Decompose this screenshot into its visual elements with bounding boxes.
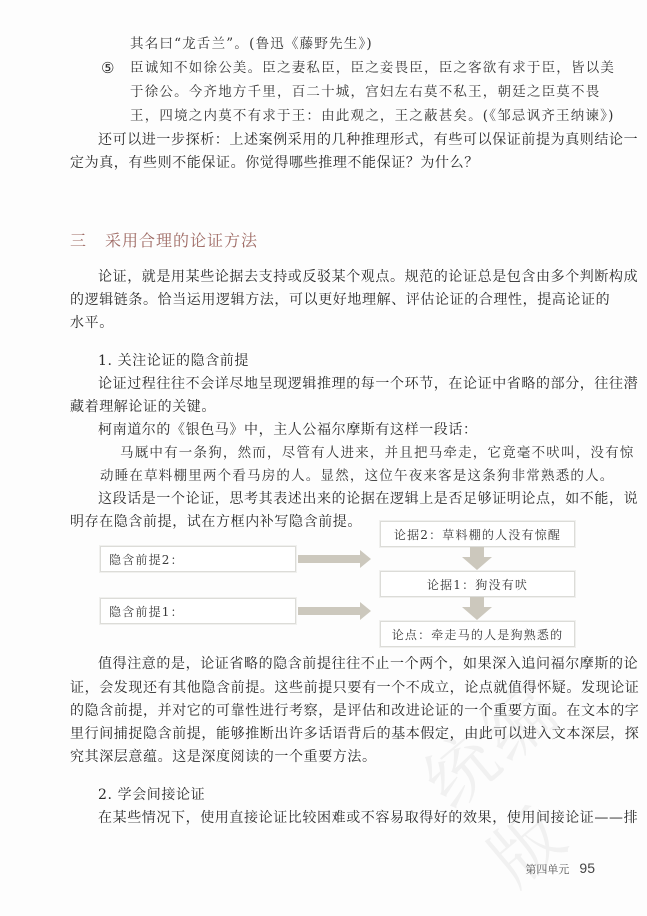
paragraph-line: 值得注意的是，论证省略的隐含前提往往不止一个两个，如果深入追问福尔摩斯的论 (98, 653, 628, 675)
paragraph-line: 究其深层意蕴。这是深度阅读的一个重要方法。 (70, 746, 600, 768)
thesis-label: 论点：牵走马的人是狗熟悉的 (392, 626, 564, 643)
hidden-premise-1-box[interactable]: 隐含前提1： (100, 598, 296, 624)
paragraph-line: 证，会发现还有其他隐含前提。这些前提只要有一个不成立，论点就值得怀疑。发现论证 (70, 677, 600, 699)
down-arrow-icon (462, 557, 492, 570)
quote-line: 其名曰“龙舌兰”。(鲁迅《藤野先生》) (130, 33, 647, 55)
hidden-premise-1-label: 隐含前提1： (109, 603, 184, 620)
section-title: 采用合理的论证方法 (105, 231, 258, 250)
evidence-2-box: 论据2：草料棚的人没有惊醒 (380, 521, 575, 547)
paragraph-line: 这段话是一个论证，思考其表述出来的论据在逻辑上是否足够证明论点，如不能，说 (98, 488, 628, 510)
right-arrow-icon (360, 602, 371, 620)
evidence-1-box: 论据1：狗没有吠 (380, 571, 575, 597)
paragraph-line: 里行间捕捉隐含前提，能够推断出许多话语背后的基本假定，由此可以进入文本深层，探 (70, 723, 600, 745)
paragraph-line: 的隐含前提，并对它的可靠性进行考察，是评估和改进论证的一个重要方面。在文本的字 (70, 700, 600, 722)
paragraph-line: 定为真，有些则不能保证。你觉得哪些推理不能保证？为什么？ (70, 152, 600, 174)
down-arrow-shaft (470, 547, 484, 557)
evidence-2-label: 论据2：草料棚的人没有惊醒 (394, 526, 561, 543)
paragraph-line: 在某些情况下，使用直接论证比较困难或不容易取得好的效果，使用间接论证——排 (98, 807, 628, 829)
subsection-heading-2: 2. 学会间接论证 (98, 784, 205, 806)
paragraph-line: 柯南道尔的《银色马》中，主人公福尔摩斯有这样一段话： (98, 419, 628, 441)
right-arrow-icon (360, 550, 371, 568)
paragraph-line: 藏着理解论证的关键。 (70, 396, 600, 418)
paragraph-line: 论证过程往往不会详尽地呈现逻辑推理的每一个环节，在论证中省略的部分，往往潜 (98, 373, 628, 395)
paragraph-line: 还可以进一步探析：上述案例采用的几种推理形式，有些可以保证前提为真则结论一 (98, 129, 628, 151)
hidden-premise-2-box[interactable]: 隐含前提2： (100, 546, 296, 572)
quote-line: 王，四境之内莫不有求于王：由此观之，王之蔽甚矣。(《邹忌讽齐王纳谏》) (130, 105, 647, 127)
subsection-heading-1: 1. 关注论证的隐含前提 (98, 350, 249, 372)
paragraph-line: 论证，就是用某些论据去支持或反驳某个观点。规范的论证总是包含由多个判断构成 (98, 266, 628, 288)
right-arrow-shaft (298, 555, 360, 563)
item-number-5: ⑤ (101, 57, 114, 79)
down-arrow-shaft (470, 597, 484, 607)
page-number: 95 (579, 860, 595, 876)
evidence-1-label: 论据1：狗没有吠 (427, 576, 528, 593)
unit-label: 第四单元 (525, 863, 569, 876)
textbook-page: 统编版 其名曰“龙舌兰”。(鲁迅《藤野先生》) ⑤ 臣诚知不如徐公美。臣之妻私臣… (0, 0, 647, 916)
section-number: 三 (70, 231, 87, 250)
down-arrow-icon (462, 607, 492, 620)
quote-line: 于徐公。今齐地方千里，百二十城，宫妇左右莫不私王，朝廷之臣莫不畏 (130, 81, 647, 103)
quote-line: 臣诚知不如徐公美。臣之妻私臣，臣之妾畏臣，臣之客欲有求于臣，皆以美 (130, 57, 647, 79)
hidden-premise-2-label: 隐含前提2： (109, 551, 184, 568)
paragraph-line: 水平。 (70, 312, 600, 334)
paragraph-line: 的逻辑链条。恰当运用逻辑方法，可以更好地理解、评估论证的合理性，提高论证的 (70, 289, 600, 311)
page-footer: 第四单元95 (525, 860, 595, 877)
right-arrow-shaft (298, 607, 360, 615)
thesis-box: 论点：牵走马的人是狗熟悉的 (380, 621, 575, 647)
section-heading: 三采用合理的论证方法 (70, 228, 258, 254)
quote-line: 动睡在草料棚里两个看马房的人。显然，这位午夜来客是这条狗非常熟悉的人。 (100, 465, 630, 487)
quote-line: 马厩中有一条狗，然而，尽管有人进来，并且把马牵走，它竟毫不吠叫，没有惊 (120, 442, 647, 464)
